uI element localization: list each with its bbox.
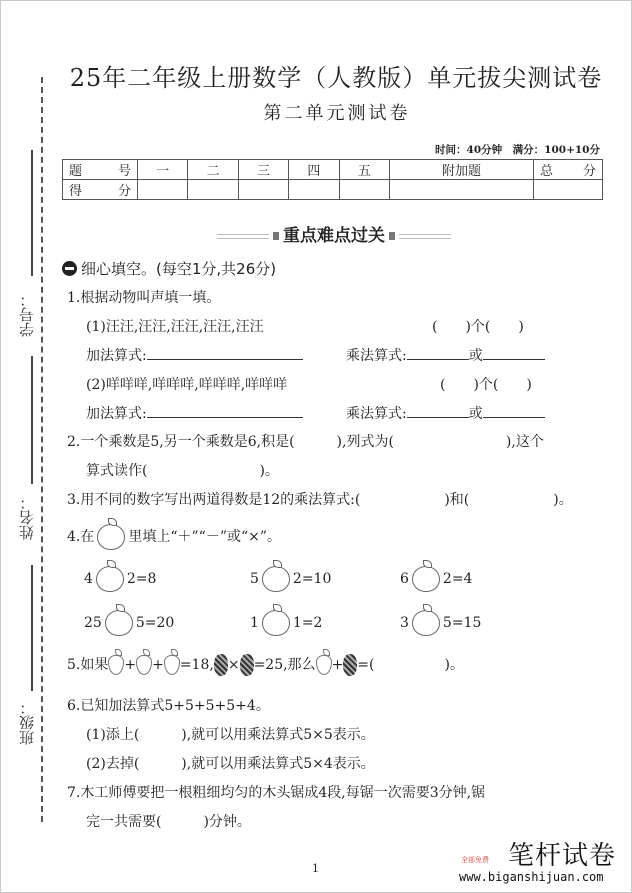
apple-answer-box[interactable] [412, 610, 440, 636]
times-sign: × [228, 657, 240, 673]
multiplication-label: 乘法算式: [346, 406, 407, 422]
apple-answer-box[interactable] [262, 610, 290, 636]
exam-subtitle: 第二单元测试卷 [0, 99, 632, 125]
apple-answer-box[interactable] [412, 566, 440, 592]
operand-result: 5=15 [443, 615, 481, 631]
q1-stem: 1.根据动物叫声填一填。 [67, 287, 220, 307]
q1-part1-mul: 乘法算式:或 [346, 345, 545, 365]
pineapple-icon [214, 654, 228, 676]
score-input-cell[interactable] [188, 180, 238, 200]
pear-icon [164, 655, 180, 675]
operand: 6 [400, 571, 409, 587]
score-table-header-row: 题 号 一 二 三 四 五 附加题 总 分 [63, 160, 603, 180]
q2-line2: 算式读作( )。 [86, 460, 279, 480]
addition-label: 加法算式: [86, 348, 147, 364]
score-input-cell[interactable] [339, 180, 389, 200]
exam-title: 25年二年级上册数学（人教版）单元拔尖测试卷 [0, 58, 632, 93]
score-header-cell: 四 [289, 160, 339, 180]
multiplication-answer-blank[interactable] [407, 403, 469, 418]
score-input-cell[interactable] [138, 180, 188, 200]
multiplication-label: 乘法算式: [346, 348, 407, 364]
class-underline [31, 565, 33, 691]
score-header-cell: 总 分 [534, 160, 603, 180]
plus-sign: + [332, 657, 344, 673]
student-id-label: 学号： [16, 292, 37, 337]
q3: 3.用不同的数字写出两道得数是12的乘法算式:( )和( )。 [67, 489, 573, 509]
q1-part2-mul: 乘法算式:或 [346, 403, 545, 423]
apple-icon [97, 524, 125, 550]
multiplication-answer-blank[interactable] [407, 345, 469, 360]
equals-25: =25,那么 [254, 657, 316, 673]
score-header-cell: 题 号 [63, 160, 138, 180]
q4-stem: 4.在里填上“＋”“－”或“×”。 [67, 524, 281, 550]
q1-part1-equations: 加法算式: [86, 345, 303, 365]
q1-part1-fill[interactable]: ( )个( ) [432, 316, 524, 336]
q7-line2: 完一共需要( )分钟。 [86, 811, 251, 831]
score-header-cell: 一 [138, 160, 188, 180]
section-heading: 细心填空。(每空1分,共26分) [62, 258, 276, 279]
multiplication-answer-blank[interactable] [483, 345, 545, 360]
pear-icon [108, 655, 124, 675]
operand: 25 [84, 615, 102, 631]
operand-result: 2=4 [443, 571, 473, 587]
q5-answer[interactable]: =( )。 [357, 657, 464, 673]
operand-result: 2=10 [293, 571, 331, 587]
q4-item: 35=15 [400, 610, 481, 636]
q6-part1: (1)添上( ),就可以用乘法算式5×5表示。 [86, 724, 375, 744]
banner-right-decoration [399, 234, 451, 239]
addition-answer-blank[interactable] [147, 403, 303, 418]
section-banner: 重点难点过关 [0, 221, 632, 246]
equals-18: =18, [180, 657, 214, 673]
q4-item: 255=20 [84, 610, 174, 636]
pear-icon [136, 655, 152, 675]
q6-part2: (2)去掉( ),就可以用乘法算式5×4表示。 [86, 753, 375, 773]
watermark-tag: 全部免费 [461, 855, 489, 865]
q2-line1: 2.一个乘数是5,另一个乘数是6,积是( ),列式为( ),这个 [67, 431, 544, 451]
apple-answer-box[interactable] [105, 610, 133, 636]
q6-stem: 6.已知加法算式5+5+5+5+4。 [67, 695, 270, 715]
pineapple-icon [240, 654, 254, 676]
score-table: 题 号 一 二 三 四 五 附加题 总 分 得 分 [62, 159, 603, 200]
name-label: 姓名： [16, 495, 37, 540]
watermark-logo: 笔杆试卷 [508, 835, 616, 872]
score-header-cell: 三 [238, 160, 288, 180]
banner-square-icon [389, 232, 395, 240]
banner-text: 重点难点过关 [283, 226, 385, 246]
multiplication-answer-blank[interactable] [483, 403, 545, 418]
or-label: 或 [469, 348, 483, 364]
score-header-cell: 二 [188, 160, 238, 180]
q1-part1: (1)汪汪,汪汪,汪汪,汪汪,汪汪 [86, 316, 264, 336]
or-label: 或 [469, 406, 483, 422]
banner-left-decoration [217, 234, 269, 239]
watermark-url: www.biganshijuan.com [459, 870, 604, 884]
operand: 1 [250, 615, 259, 631]
score-header-cell: 五 [339, 160, 389, 180]
operand-result: 1=2 [293, 615, 323, 631]
score-input-cell[interactable] [238, 180, 288, 200]
q5: 5.如果++=18,×=25,那么+=( )。 [67, 654, 464, 676]
apple-answer-box[interactable] [262, 566, 290, 592]
score-input-cell[interactable] [289, 180, 339, 200]
pineapple-icon [343, 654, 357, 676]
time-info: 时间：40分钟 满分：100+10分 [435, 142, 600, 157]
operand-result: 2=8 [127, 571, 157, 587]
page-number: 1 [312, 862, 319, 875]
operand: 5 [250, 571, 259, 587]
q4-item: 42=8 [84, 566, 156, 592]
section-heading-text: 细心填空。(每空1分,共26分) [81, 260, 276, 278]
binding-dashed-line [41, 77, 43, 822]
score-input-cell[interactable] [534, 180, 603, 200]
score-row-label: 得 分 [63, 180, 138, 200]
addition-answer-blank[interactable] [147, 345, 303, 360]
q4-item: 11=2 [250, 610, 322, 636]
student-id-underline [31, 150, 33, 276]
pear-icon [316, 655, 332, 675]
q1-part2: (2)咩咩咩,咩咩咩,咩咩咩,咩咩咩 [86, 374, 287, 394]
score-input-cell[interactable] [390, 180, 534, 200]
plus-sign: + [152, 657, 164, 673]
score-table-score-row: 得 分 [63, 180, 603, 200]
q7-line1: 7.木工师傅要把一根粗细均匀的木头锯成4段,每锯一次需要3分钟,锯 [67, 782, 485, 802]
apple-answer-box[interactable] [96, 566, 124, 592]
section-number-one-icon [62, 261, 77, 276]
q5-prefix: 5.如果 [67, 657, 108, 673]
banner-square-icon [273, 232, 279, 240]
q1-part2-fill[interactable]: ( )个( ) [440, 374, 532, 394]
score-header-cell: 附加题 [390, 160, 534, 180]
q4-stem-a: 4.在 [67, 529, 94, 545]
class-label: 班级： [16, 700, 37, 745]
q4-stem-b: 里填上“＋”“－”或“×”。 [128, 529, 281, 545]
q4-item: 52=10 [250, 566, 331, 592]
q1-part2-equations: 加法算式: [86, 403, 303, 423]
q4-item: 62=4 [400, 566, 472, 592]
name-underline [31, 356, 33, 484]
operand: 3 [400, 615, 409, 631]
plus-sign: + [124, 657, 136, 673]
addition-label: 加法算式: [86, 406, 147, 422]
operand: 4 [84, 571, 93, 587]
operand-result: 5=20 [136, 615, 174, 631]
